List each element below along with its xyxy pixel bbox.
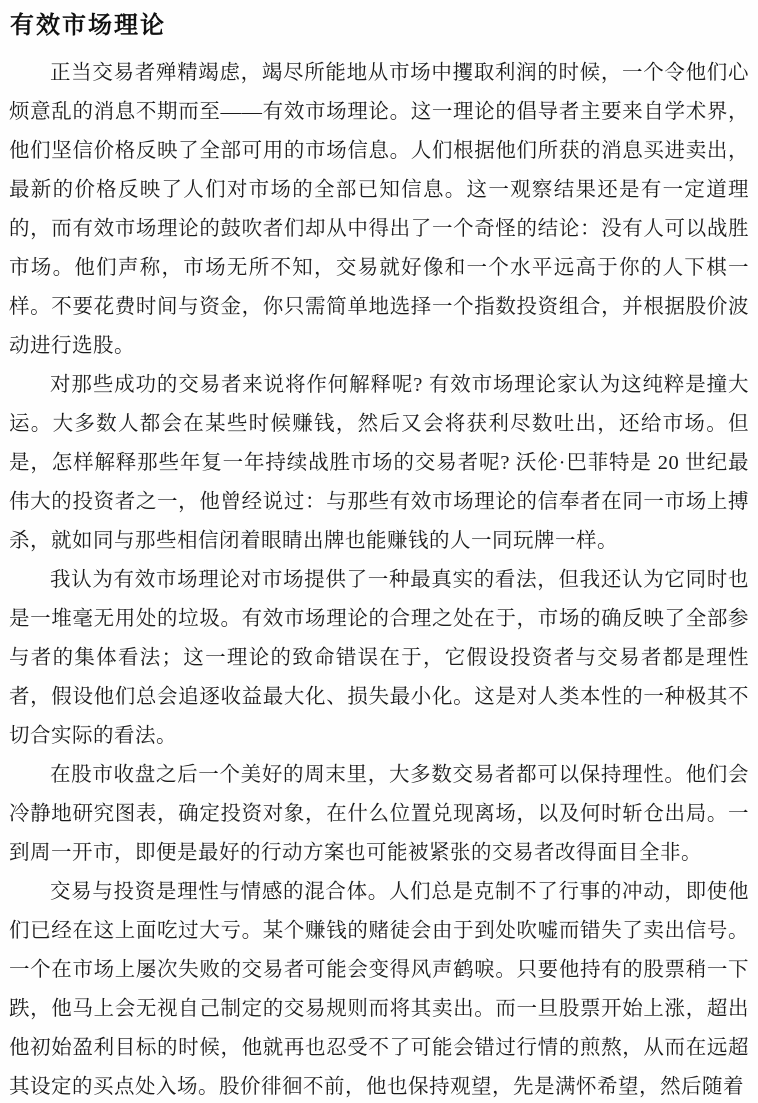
paragraph-weekend-rationality: 在股市收盘之后一个美好的周末里，大多数交易者都可以保持理性。他们会冷静地研究图表… <box>9 756 749 873</box>
book-page: 有效市场理论 正当交易者殚精竭虑，竭尽所能地从市场中攫取利润的时候，一个令他们心… <box>0 0 758 1103</box>
paragraph-trading-emotion: 交易与投资是理性与情感的混合体。人们总是克制不了行事的冲动，即使他们已经在这上面… <box>9 873 749 1103</box>
paragraph-author-view: 我认为有效市场理论对市场提供了一种最真实的看法，但我还认为它同时也是一堆毫无用处… <box>9 561 749 756</box>
paragraph-efficient-market-intro: 正当交易者殚精竭虑，竭尽所能地从市场中攫取利润的时候，一个令他们心烦意乱的消息不… <box>9 54 749 366</box>
page-body: 正当交易者殚精竭虑，竭尽所能地从市场中攫取利润的时候，一个令他们心烦意乱的消息不… <box>9 54 749 1103</box>
page-title: 有效市场理论 <box>10 10 749 42</box>
paragraph-successful-traders: 对那些成功的交易者来说将作何解释呢? 有效市场理论家认为这纯粹是撞大运。大多数人… <box>9 366 749 561</box>
